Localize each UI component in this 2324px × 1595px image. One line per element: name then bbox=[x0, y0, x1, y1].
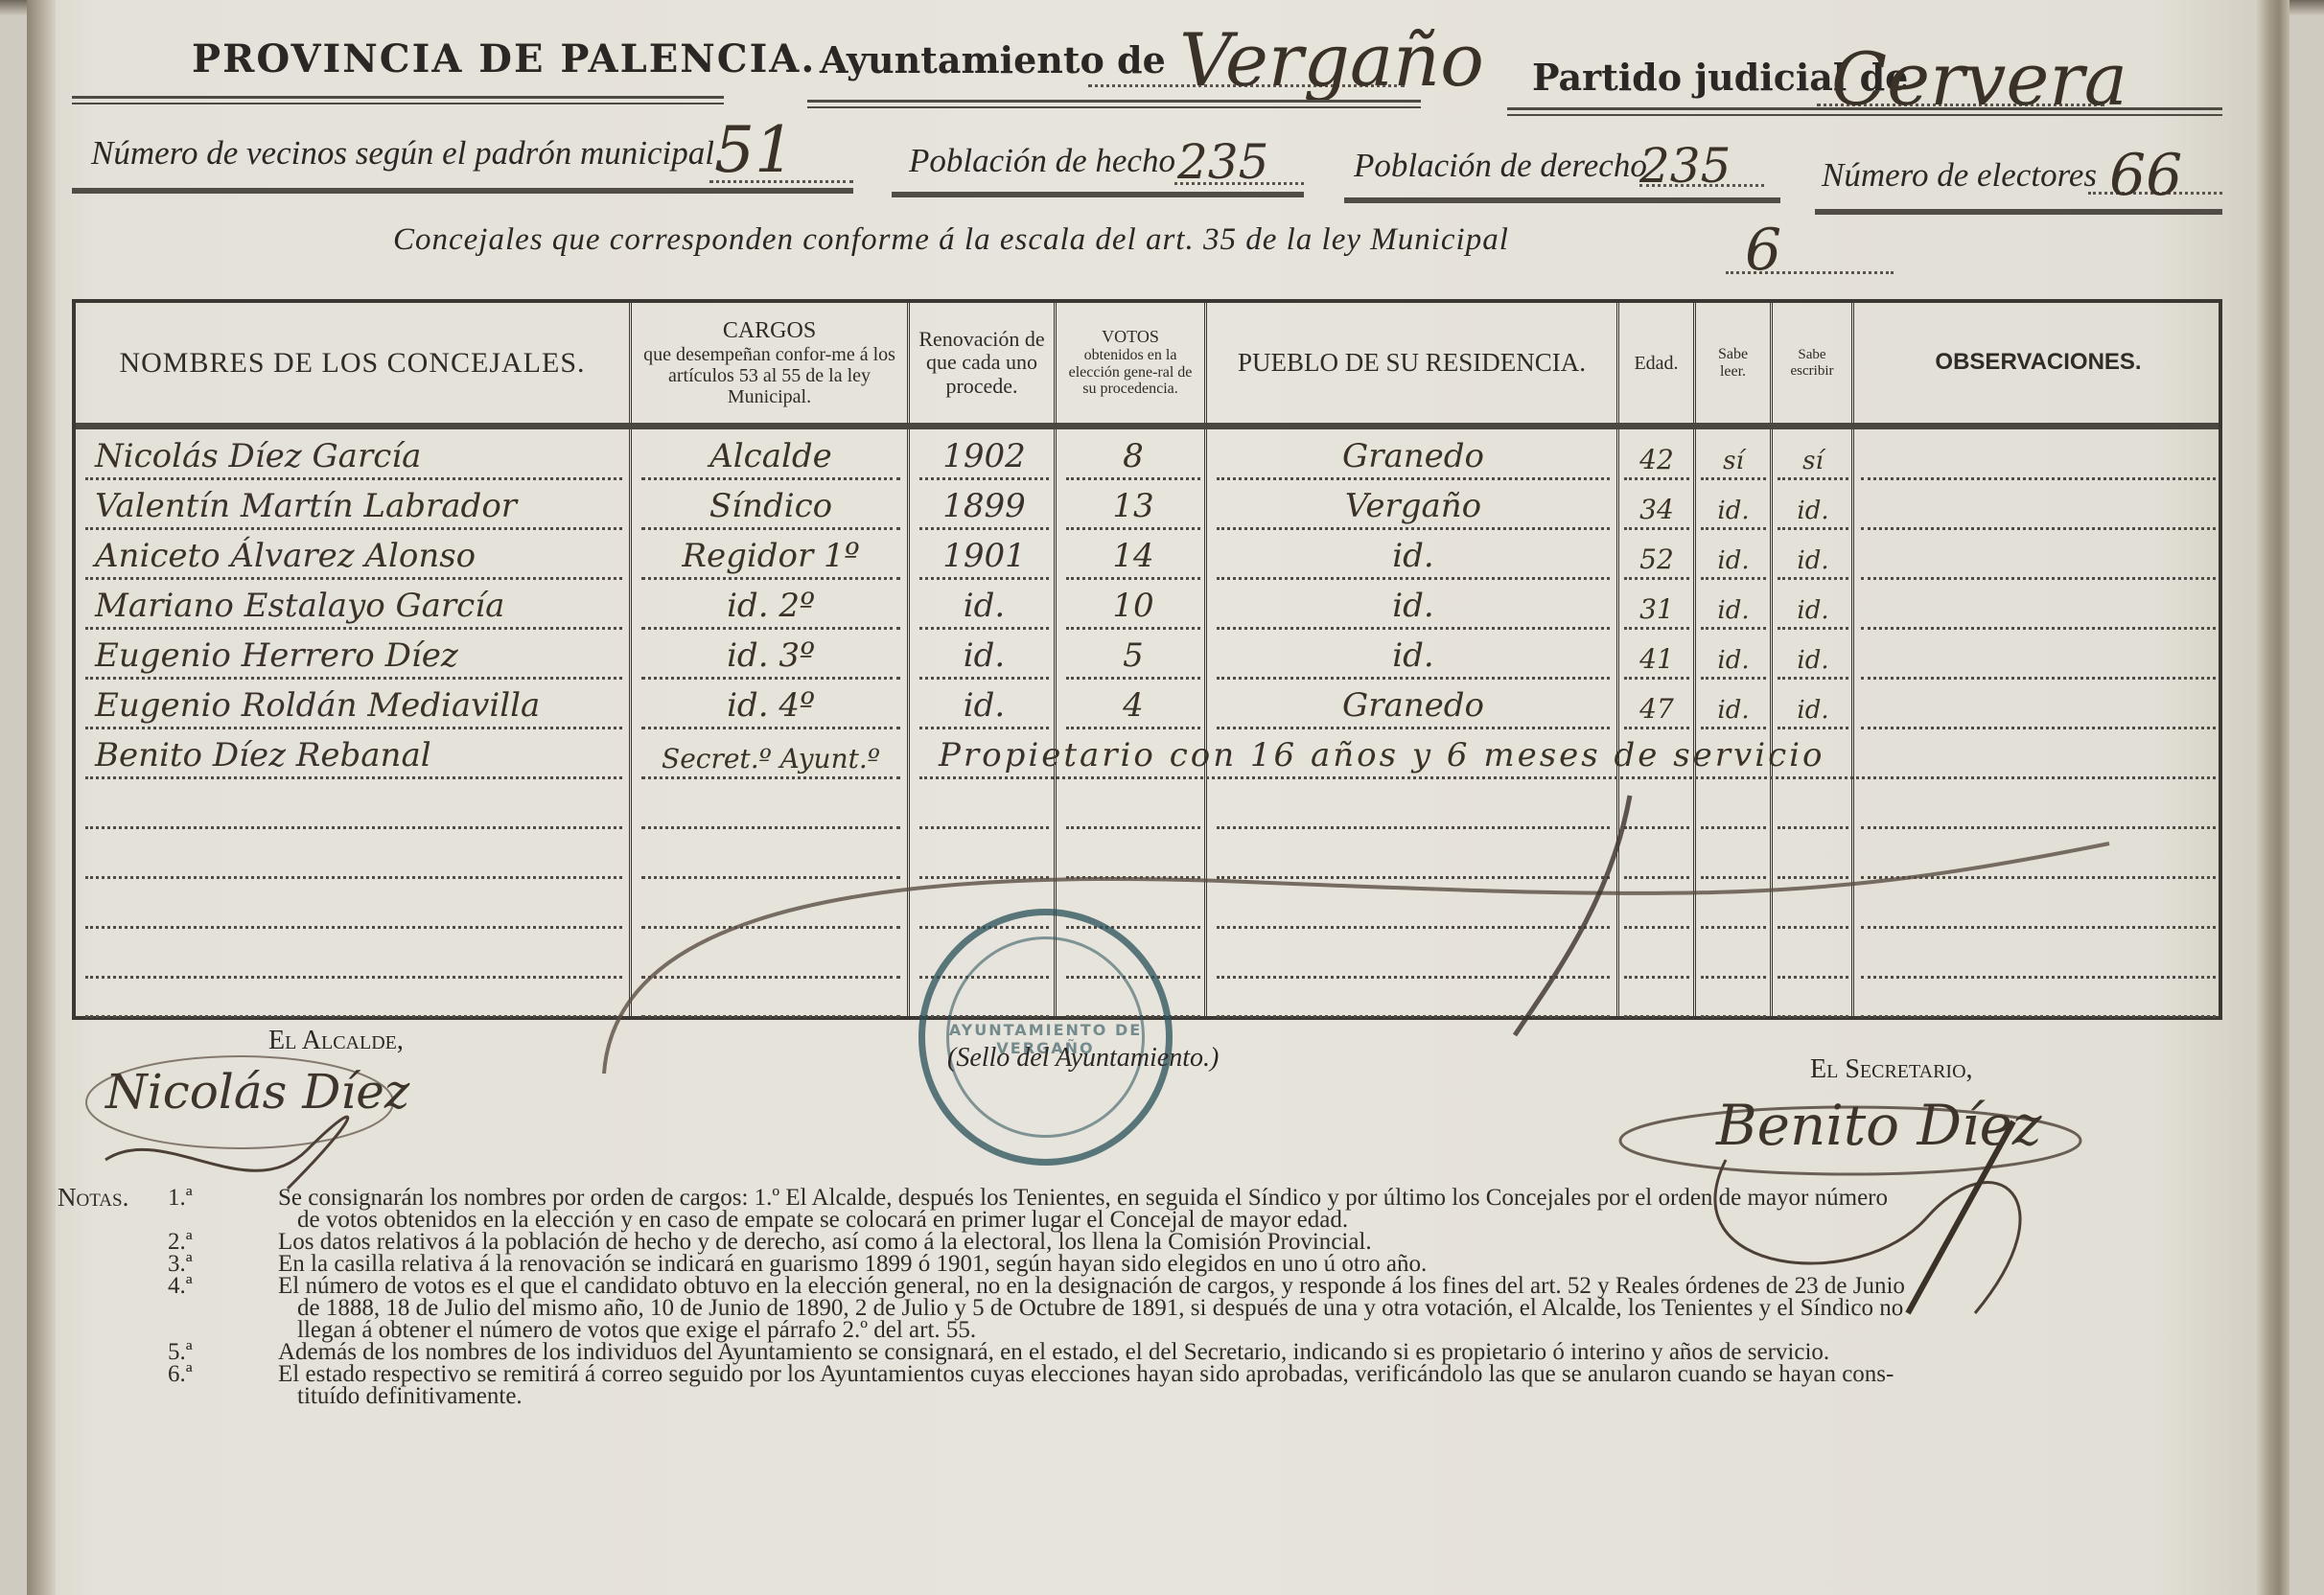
note-number: 1.ª bbox=[168, 1187, 193, 1209]
cell-secretario-observacion: Propietario con 16 años y 6 meses de ser… bbox=[919, 735, 2216, 779]
note-item: 1.ª Se consignarán los nombres por orden… bbox=[58, 1187, 2263, 1231]
note-item: 4.ª El número de votos es el que el cand… bbox=[58, 1275, 2263, 1341]
header-pueblo: PUEBLO DE SU RESIDENCIA. bbox=[1207, 303, 1616, 423]
note-continuation: de votos obtenidos en la elección y en c… bbox=[58, 1209, 2263, 1231]
vecinos-value: 51 bbox=[714, 113, 795, 187]
header-cargos-title: CARGOS bbox=[723, 318, 816, 343]
cell-cargo: id. 2º bbox=[641, 586, 900, 630]
header-votos: VOTOS obtenidos en la elección gene-ral … bbox=[1057, 303, 1204, 423]
cell-edad: 52 bbox=[1624, 536, 1689, 580]
book-spine bbox=[27, 0, 56, 1595]
cell-escribir: id. bbox=[1778, 486, 1848, 530]
header-rule bbox=[72, 96, 724, 104]
concejales-label: Concejales que corresponden conforme á l… bbox=[393, 222, 1509, 258]
header-rule bbox=[1815, 209, 2222, 215]
hecho-label: Población de hecho bbox=[909, 142, 1175, 180]
note-text: Los datos relativos á la población de he… bbox=[163, 1231, 2263, 1253]
cell-votos: 8 bbox=[1066, 436, 1200, 480]
table-row: Eugenio Roldán Mediavilla id. 4º id. 4 G… bbox=[76, 682, 2219, 731]
cell-empty bbox=[85, 785, 622, 829]
cell-observaciones bbox=[1861, 685, 2216, 729]
sello-label: (Sello del Ayuntamiento.) bbox=[947, 1043, 1219, 1074]
header-votos-title: VOTOS bbox=[1102, 328, 1159, 347]
note-text: Además de los nombres de los individuos … bbox=[163, 1341, 2263, 1363]
cell-leer: id. bbox=[1701, 536, 1766, 580]
cell-nombre: Benito Díez Rebanal bbox=[85, 735, 622, 779]
alcalde-signature: Nicolás Díez bbox=[105, 1064, 409, 1120]
cell-votos: 5 bbox=[1066, 636, 1200, 680]
cell-nombre: Mariano Estalayo García bbox=[85, 586, 622, 630]
table-row: Aniceto Álvarez Alonso Regidor 1º 1901 1… bbox=[76, 532, 2219, 582]
note-number: 6.ª bbox=[168, 1363, 193, 1385]
cell-votos: 4 bbox=[1066, 685, 1200, 729]
notes-section: Notas. 1.ª Se consignarán los nombres po… bbox=[58, 1187, 2263, 1407]
cell-escribir: id. bbox=[1778, 685, 1848, 729]
cell-votos: 14 bbox=[1066, 536, 1200, 580]
cell-renovacion: id. bbox=[919, 586, 1049, 630]
cell-empty bbox=[85, 974, 622, 1018]
cell-observaciones bbox=[1861, 436, 2216, 480]
ayuntamiento-label: Ayuntamiento de bbox=[820, 38, 1166, 81]
cell-renovacion: 1901 bbox=[919, 536, 1049, 580]
cell-cargo: id. 4º bbox=[641, 685, 900, 729]
cell-renovacion: 1899 bbox=[919, 486, 1049, 530]
header-observaciones: OBSERVACIONES. bbox=[1854, 303, 2222, 423]
header-nombres: NOMBRES DE LOS CONCEJALES. bbox=[76, 303, 629, 423]
header-rule bbox=[72, 188, 853, 194]
cell-observaciones bbox=[1861, 586, 2216, 630]
cell-cargo: Síndico bbox=[641, 486, 900, 530]
cell-edad: 42 bbox=[1624, 436, 1689, 480]
cell-nombre: Eugenio Roldán Mediavilla bbox=[85, 685, 622, 729]
cell-cargo: Regidor 1º bbox=[641, 536, 900, 580]
table-row-secretario: Benito Díez Rebanal Secret.º Ayunt.º Pro… bbox=[76, 731, 2219, 781]
province-title: PROVINCIA DE PALENCIA. bbox=[192, 36, 816, 81]
note-text: El estado respectivo se remitirá á corre… bbox=[163, 1363, 2263, 1385]
derecho-value: 235 bbox=[1639, 138, 1731, 194]
header-cargos-sub: que desempeñan confor-me á los artículos… bbox=[632, 344, 907, 407]
note-number: 2.ª bbox=[168, 1231, 193, 1253]
cell-escribir: id. bbox=[1778, 586, 1848, 630]
cell-cargo: id. 3º bbox=[641, 636, 900, 680]
electores-label: Número de electores bbox=[1822, 156, 2097, 195]
vecinos-label: Número de vecinos según el padrón munici… bbox=[91, 134, 714, 173]
header-edad: Edad. bbox=[1619, 303, 1693, 423]
cell-pueblo: Granedo bbox=[1217, 436, 1610, 480]
cell-pueblo: id. bbox=[1217, 536, 1610, 580]
secretario-signature: Benito Díez bbox=[1716, 1093, 2041, 1158]
cell-escribir: id. bbox=[1778, 636, 1848, 680]
note-item: 6.ª El estado respectivo se remitirá á c… bbox=[58, 1363, 2263, 1407]
ayuntamiento-value: Vergaño bbox=[1179, 17, 1484, 103]
note-text: El número de votos es el que el candidat… bbox=[163, 1275, 2263, 1297]
cell-renovacion: id. bbox=[919, 636, 1049, 680]
table-row: Eugenio Herrero Díez id. 3º id. 5 id. 41… bbox=[76, 632, 2219, 682]
cell-escribir: id. bbox=[1778, 536, 1848, 580]
header-rule bbox=[892, 192, 1304, 197]
cell-edad: 41 bbox=[1624, 636, 1689, 680]
cell-renovacion: id. bbox=[919, 685, 1049, 729]
concejales-value: 6 bbox=[1745, 217, 1781, 284]
cell-observaciones bbox=[1861, 636, 2216, 680]
rubric-flourish bbox=[575, 786, 2205, 1093]
table-row: Valentín Martín Labrador Síndico 1899 13… bbox=[76, 482, 2219, 532]
header-rule bbox=[1344, 197, 1780, 203]
header-renovacion: Renovación de que cada uno procede. bbox=[910, 303, 1054, 423]
cell-nombre: Valentín Martín Labrador bbox=[85, 486, 622, 530]
cell-pueblo: id. bbox=[1217, 586, 1610, 630]
cell-leer: id. bbox=[1701, 586, 1766, 630]
cell-nombre: Eugenio Herrero Díez bbox=[85, 636, 622, 680]
header-escribir: Sabe escribir bbox=[1773, 303, 1851, 423]
cell-nombre: Nicolás Díez García bbox=[85, 436, 622, 480]
note-continuation: de 1888, 18 de Julio del mismo año, 10 d… bbox=[58, 1297, 2263, 1319]
cell-leer: id. bbox=[1701, 685, 1766, 729]
note-continuation: tituído definitivamente. bbox=[58, 1385, 2263, 1407]
ayuntamiento-stamp: AYUNTAMIENTO DE VERGAÑO bbox=[918, 909, 1173, 1166]
header-rule bbox=[807, 100, 1421, 108]
cell-observaciones bbox=[1861, 536, 2216, 580]
note-number: 4.ª bbox=[168, 1275, 193, 1297]
cell-edad: 31 bbox=[1624, 586, 1689, 630]
electores-value: 66 bbox=[2109, 142, 2182, 209]
cell-observaciones bbox=[1861, 486, 2216, 530]
note-continuation: llegan á obtener el número de votos que … bbox=[58, 1319, 2263, 1341]
note-item: 3.ª En la casilla relativa á la renovaci… bbox=[58, 1253, 2263, 1275]
header-rule bbox=[76, 423, 2219, 429]
cell-pueblo: Granedo bbox=[1217, 685, 1610, 729]
cell-cargo: Alcalde bbox=[641, 436, 900, 480]
cell-edad: 47 bbox=[1624, 685, 1689, 729]
cell-votos: 10 bbox=[1066, 586, 1200, 630]
header-rule bbox=[1507, 107, 2222, 116]
header-leer: Sabe leer. bbox=[1696, 303, 1770, 423]
cell-escribir: sí bbox=[1778, 436, 1848, 480]
cell-votos: 13 bbox=[1066, 486, 1200, 530]
cell-leer: id. bbox=[1701, 486, 1766, 530]
derecho-label: Población de derecho bbox=[1354, 147, 1647, 185]
cell-renovacion: 1902 bbox=[919, 436, 1049, 480]
note-number: 5.ª bbox=[168, 1341, 193, 1363]
cell-edad: 34 bbox=[1624, 486, 1689, 530]
cell-pueblo: Vergaño bbox=[1217, 486, 1610, 530]
cell-leer: id. bbox=[1701, 636, 1766, 680]
secretario-label: El Secretario, bbox=[1810, 1054, 1973, 1085]
table-row: Nicolás Díez García Alcalde 1902 8 Grane… bbox=[76, 432, 2219, 482]
note-item: 5.ª Además de los nombres de los individ… bbox=[58, 1341, 2263, 1363]
hecho-value: 235 bbox=[1177, 134, 1268, 190]
cell-cargo: Secret.º Ayunt.º bbox=[641, 735, 900, 779]
note-number: 3.ª bbox=[168, 1253, 193, 1275]
note-text: En la casilla relativa á la renovación s… bbox=[163, 1253, 2263, 1275]
header-cargos: CARGOS que desempeñan confor-me á los ar… bbox=[632, 303, 907, 423]
cell-nombre: Aniceto Álvarez Alonso bbox=[85, 536, 622, 580]
cell-pueblo: id. bbox=[1217, 636, 1610, 680]
note-item: 2.ª Los datos relativos á la población d… bbox=[58, 1231, 2263, 1253]
cell-empty bbox=[85, 885, 622, 929]
cell-empty bbox=[85, 835, 622, 879]
header-votos-sub: obtenidos en la elección gene-ral de su … bbox=[1057, 347, 1204, 398]
table-row: Mariano Estalayo García id. 2º id. 10 id… bbox=[76, 582, 2219, 632]
cell-leer: sí bbox=[1701, 436, 1766, 480]
note-text: Se consignarán los nombres por orden de … bbox=[163, 1187, 2263, 1209]
